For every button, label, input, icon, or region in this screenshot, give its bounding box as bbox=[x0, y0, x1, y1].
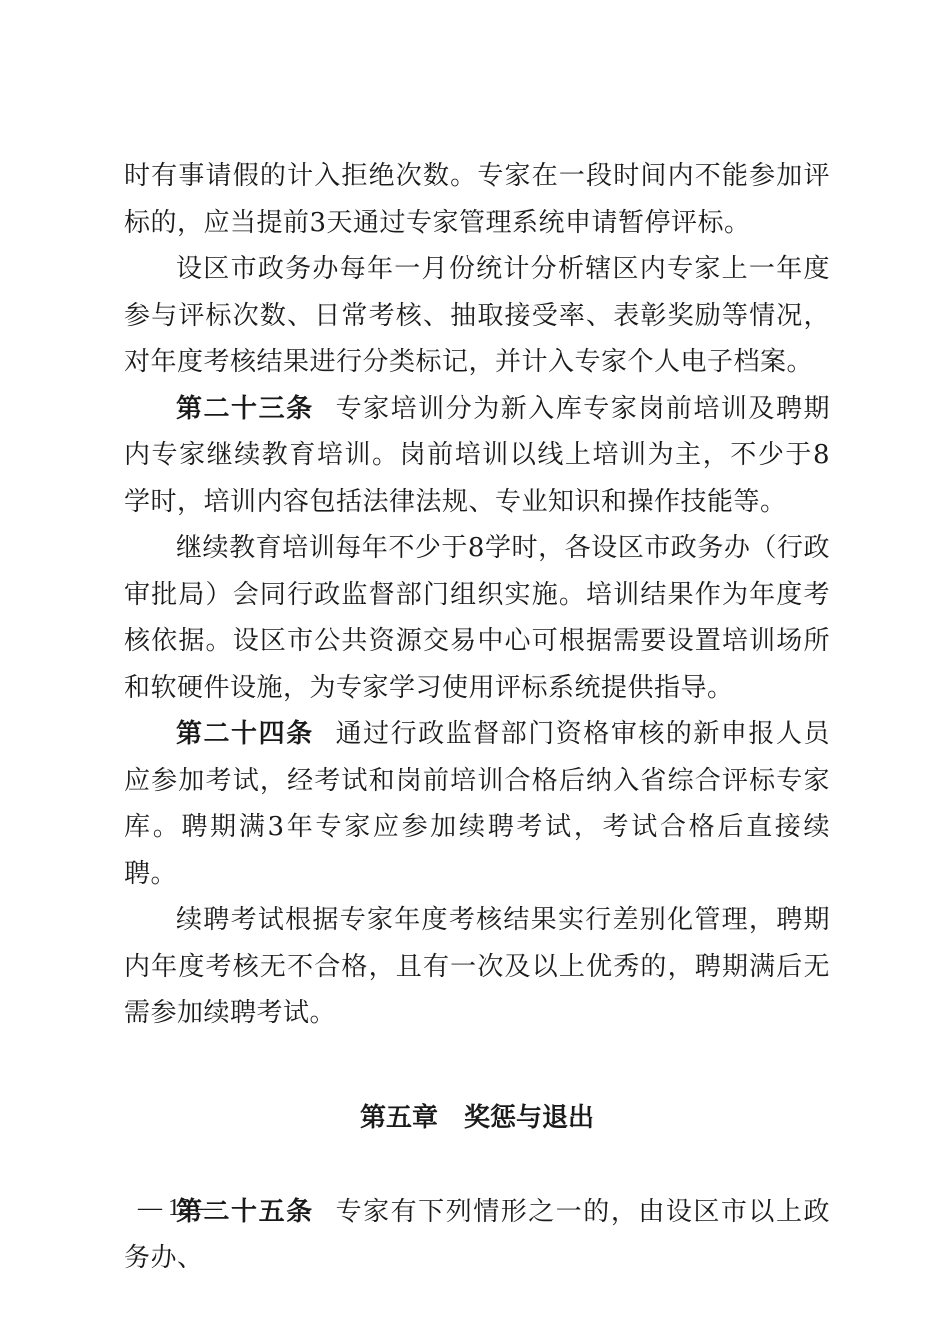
article-25: 第二十五条专家有下列情形之一的，由设区市以上政务办、 bbox=[124, 1189, 830, 1282]
paragraph-1: 时有事请假的计入拒绝次数。专家在一段时间内不能参加评标的，应当提前3天通过专家管… bbox=[124, 153, 830, 246]
document-page: 时有事请假的计入拒绝次数。专家在一段时间内不能参加评标的，应当提前3天通过专家管… bbox=[124, 153, 830, 1282]
paragraph-6: 续聘考试根据专家年度考核结果实行差别化管理，聘期内年度考核无不合格，且有一次及以… bbox=[124, 897, 830, 1037]
chapter-title: 奖惩与退出 bbox=[464, 1103, 594, 1133]
paragraph-text: 继续教育培训每年不少于8学时，各设区市政务办（行政审批局）会同行政监督部门组织实… bbox=[124, 533, 830, 703]
paragraph-2: 设区市政务办每年一月份统计分析辖区内专家上一年度参与评标次数、日常考核、抽取接受… bbox=[124, 246, 830, 386]
chapter-heading: 第五章奖惩与退出 bbox=[124, 1095, 830, 1141]
chapter-number: 第五章 bbox=[360, 1103, 438, 1133]
paragraph-text: 续聘考试根据专家年度考核结果实行差别化管理，聘期内年度考核无不合格，且有一次及以… bbox=[124, 905, 830, 1028]
page-number: — 12 — bbox=[138, 1195, 222, 1222]
article-24: 第二十四条通过行政监督部门资格审核的新申报人员应参加考试，经考试和岗前培训合格后… bbox=[124, 711, 830, 897]
paragraph-text: 时有事请假的计入拒绝次数。专家在一段时间内不能参加评标的，应当提前3天通过专家管… bbox=[124, 161, 830, 238]
paragraph-4: 继续教育培训每年不少于8学时，各设区市政务办（行政审批局）会同行政监督部门组织实… bbox=[124, 525, 830, 711]
article-23: 第二十三条专家培训分为新入库专家岗前培训及聘期内专家继续教育培训。岗前培训以线上… bbox=[124, 386, 830, 526]
article-label: 第二十四条 bbox=[176, 719, 314, 749]
article-label: 第二十三条 bbox=[176, 394, 314, 424]
paragraph-text: 设区市政务办每年一月份统计分析辖区内专家上一年度参与评标次数、日常考核、抽取接受… bbox=[124, 254, 830, 377]
